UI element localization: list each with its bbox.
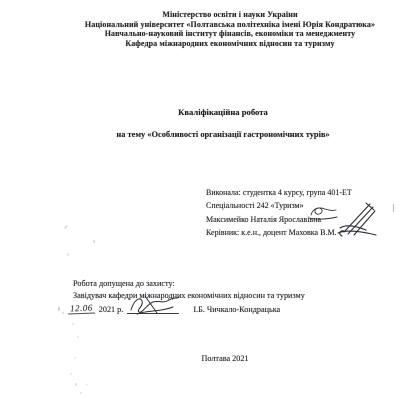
signature-underline	[127, 304, 179, 314]
head-name: І.Б. Чичкало-Кондрацька	[193, 305, 280, 314]
scan-speck	[80, 392, 82, 394]
scan-speck	[62, 312, 64, 314]
header-university: Національний університет «Полтавська пол…	[55, 20, 400, 30]
work-topic: на тему «Особливості організації гастрон…	[48, 130, 398, 139]
handwritten-date: 12.06	[68, 303, 95, 315]
scan-speck	[86, 384, 88, 386]
supervisor-signature	[336, 202, 378, 238]
student-signature	[308, 205, 338, 221]
university-header: Міністерство освіти і науки України Наці…	[55, 10, 400, 48]
scan-speck	[58, 307, 60, 311]
work-title: Кваліфікаційна робота	[48, 107, 398, 117]
scan-speck	[64, 225, 68, 229]
admitted-line: Робота допущена до захисту:	[73, 279, 175, 288]
scan-speck	[67, 253, 69, 256]
date-printed: 2021 р.	[99, 305, 124, 314]
approval-date-row: 12.06 2021 р. І.Б. Чичкало-Кондрацька	[68, 303, 280, 314]
scan-edge-mark	[393, 204, 394, 212]
scan-speck	[75, 383, 77, 386]
scan-speck	[77, 336, 79, 338]
scan-speck	[72, 323, 74, 325]
header-department: Кафедра міжнародних економічних відносин…	[55, 39, 400, 49]
scan-speck	[70, 373, 72, 375]
document-page: Міністерство освіти і науки України Наці…	[0, 0, 400, 400]
header-ministry: Міністерство освіти і науки України	[55, 10, 400, 20]
scan-speck	[74, 357, 76, 359]
city-year: Полтава 2021	[50, 354, 400, 363]
head-title-line: Завідувач кафедри міжнародних економічни…	[73, 291, 305, 300]
head-signature	[127, 294, 181, 316]
performed-by-line: Виконала: студентка 4 курсу, група 401-Е…	[206, 186, 392, 199]
header-institute: Навчально-науковий інститут фінансів, ек…	[55, 29, 400, 39]
scan-speck	[93, 240, 95, 243]
